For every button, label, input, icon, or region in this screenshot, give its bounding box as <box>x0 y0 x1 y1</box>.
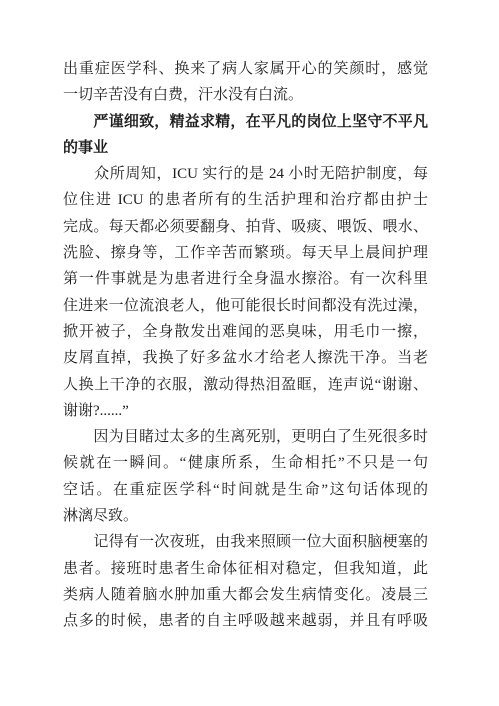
text-line: 淋漓尽致。 <box>63 503 428 529</box>
text-line: 洗脸、擦身等，工作辛苦而繁琐。每天早上晨间护理 <box>63 240 428 266</box>
text-line: 点多的时候，患者的自主呼吸越来越弱，并且有呼吸 <box>63 608 428 634</box>
text-line: 候就在一瞬间。“健康所系，生命相托”不只是一句 <box>63 450 428 476</box>
text-line: 出重症医学科、换来了病人家属开心的笑颜时，感觉 <box>63 56 428 82</box>
text-line: 记得有一次夜班，由我来照顾一位大面积脑梗塞的 <box>63 529 428 555</box>
text-line: 住进来一位流浪老人，他可能很长时间都没有洗过澡， <box>63 293 428 319</box>
text-line: 掀开被子，全身散发出难闻的恶臭味，用毛巾一擦， <box>63 319 428 345</box>
text-line: 位住进 ICU 的患者所有的生活护理和治疗都由护士 <box>63 187 428 213</box>
text-line: 空话。在重症医学科“时间就是生命”这句话体现的 <box>63 477 428 503</box>
text-line: 完成。每天都必须要翻身、拍背、吸痰、喂饭、喂水、 <box>63 214 428 240</box>
text-line: 皮屑直掉，我换了好多盆水才给老人擦洗干净。当老 <box>63 345 428 371</box>
text-line: 类病人随着脑水肿加重大都会发生病情变化。凌晨三 <box>63 582 428 608</box>
text-line: 人换上干净的衣服，激动得热泪盈眶，连声说“谢谢、 <box>63 372 428 398</box>
text-line: 一切辛苦没有白费，汗水没有白流。 <box>63 82 428 108</box>
text-line: 因为目睹过太多的生离死别，更明白了生死很多时 <box>63 424 428 450</box>
text-line: 第一件事就是为患者进行全身温水擦浴。有一次科里 <box>63 266 428 292</box>
text-block: 出重症医学科、换来了病人家属开心的笑颜时，感觉 一切辛苦没有白费，汗水没有白流。… <box>63 56 428 635</box>
text-line: 患者。接班时患者生命体征相对稳定，但我知道，此 <box>63 556 428 582</box>
text-line: 谢谢?......” <box>63 398 428 424</box>
text-line: 众所周知，ICU 实行的是 24 小时无陪护制度，每 <box>63 161 428 187</box>
subheading-line: 的事业 <box>63 135 428 161</box>
subheading-line: 严谨细致，精益求精，在平凡的岗位上坚守不平凡 <box>63 109 428 135</box>
document-page: 出重症医学科、换来了病人家属开心的笑颜时，感觉 一切辛苦没有白费，汗水没有白流。… <box>0 0 499 706</box>
